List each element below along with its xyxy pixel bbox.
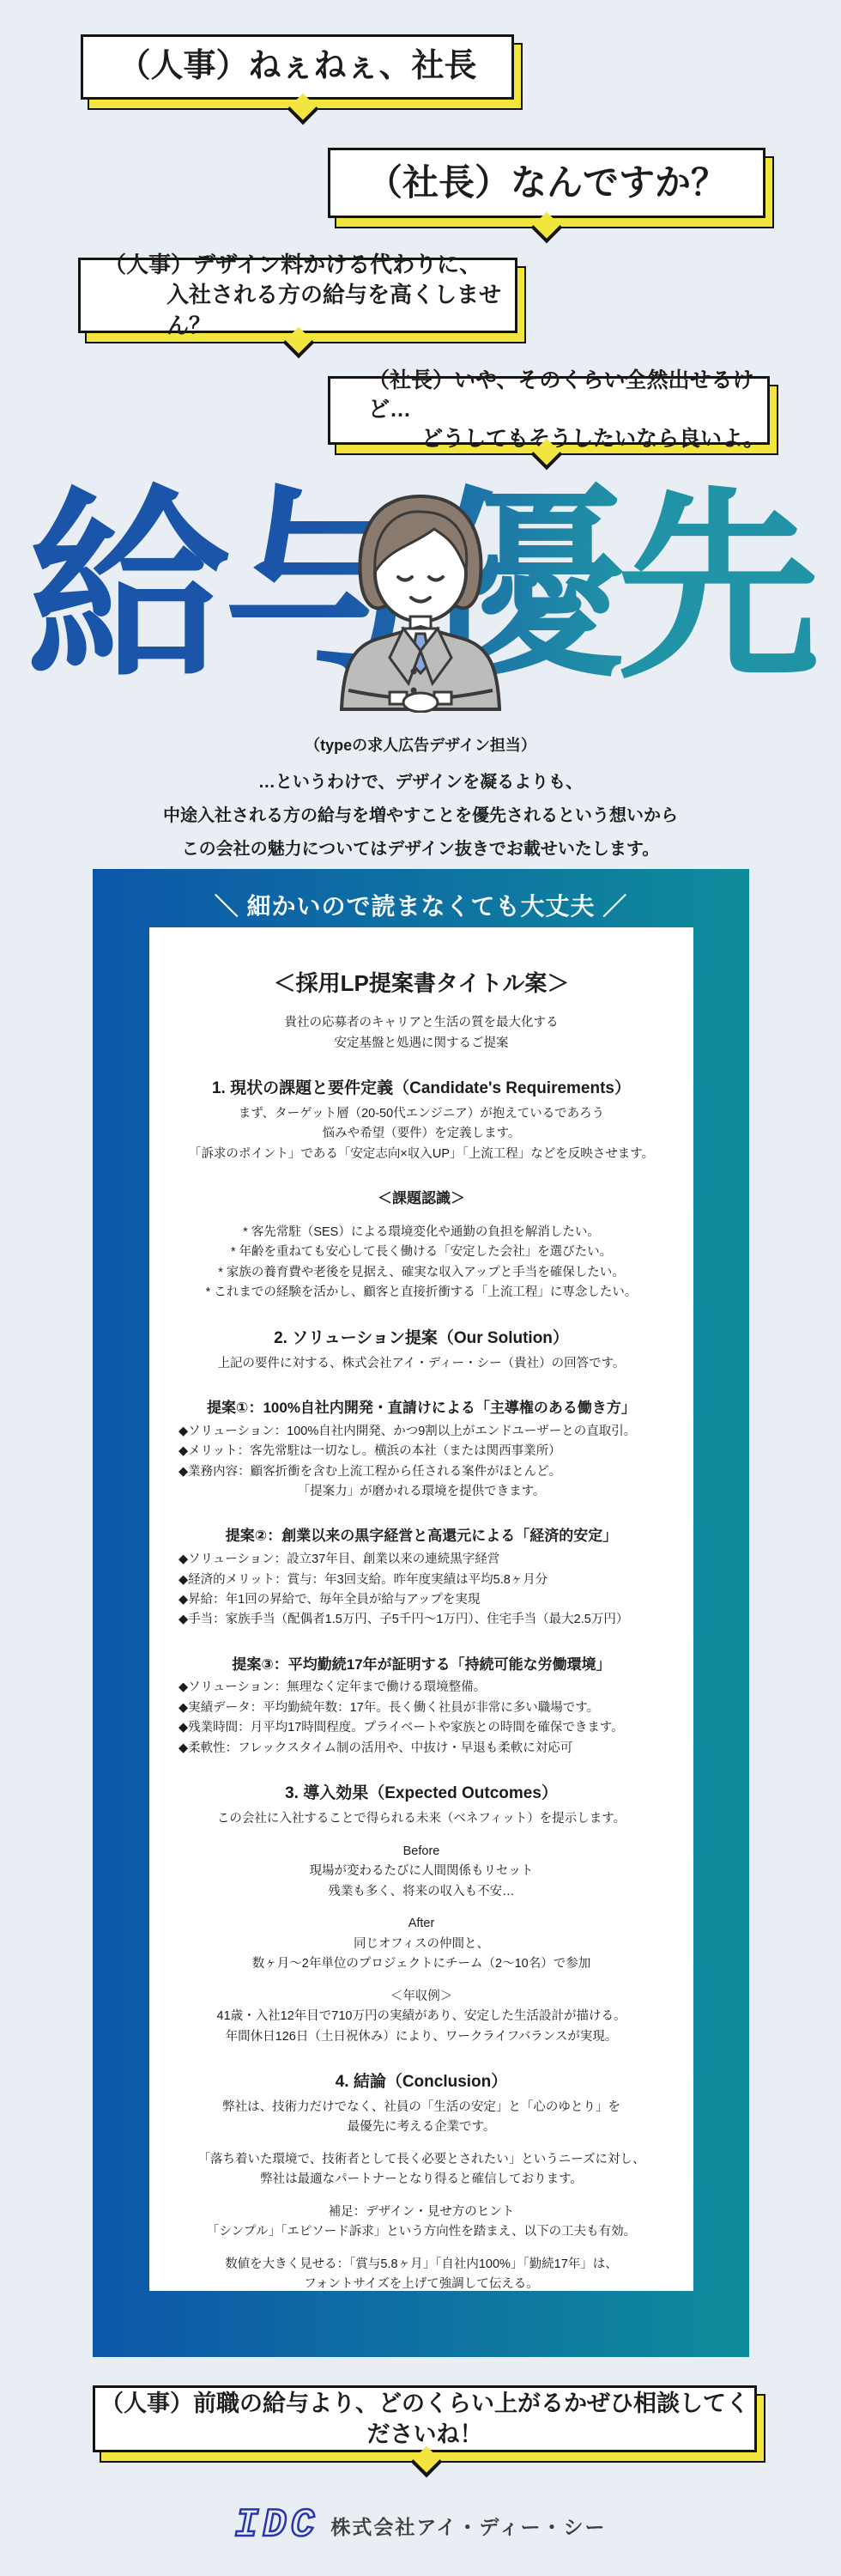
doc-block: 提案①：100%自社内開発・直請けによる「主導権のある働き方」 bbox=[172, 1396, 671, 1420]
doc-line: まず、ターゲット層（20-50代エンジニア）が抱えているであろう bbox=[172, 1104, 671, 1124]
speech-bubble-hr-closing: （人事）前職の給与より、どのくらい上がるかぜひ相談してくださいね！ bbox=[93, 2385, 757, 2452]
document-body: 貴社の応募者のキャリアと生活の質を最大化する安定基盤と処遇に関するご提案1. 現… bbox=[172, 1013, 671, 2291]
doc-line: 年間休日126日（土日祝休み）により、ワークライフバランスが実現。 bbox=[172, 2027, 671, 2047]
doc-block: 「提案力」が磨かれる環境を提供できます。 bbox=[172, 1482, 671, 1502]
doc-line: 安定基盤と処遇に関するご提案 bbox=[172, 1034, 671, 1054]
page-canvas: （人事）ねぇねぇ、社長 （社長）なんですか？ （人事）デザイン料かける代わりに、… bbox=[0, 0, 841, 2576]
doc-block: 1. 現状の課題と要件定義（Candidate's Requirements） bbox=[172, 1076, 671, 1103]
doc-line: ◆手当：家族手当（配偶者1.5万円、子5千円～1万円）、住宅手当（最大2.5万円… bbox=[178, 1610, 671, 1630]
company-name: 株式会社アイ・ディー・シー bbox=[330, 2512, 606, 2540]
doc-block: * 客先常駐（SES）による環境変化や通勤の負担を解消したい。* 年齢を重ねても… bbox=[172, 1223, 671, 1303]
doc-line: 数ヶ月～2年単位のプロジェクトにチーム（2～10名）で参加 bbox=[172, 1954, 671, 1974]
doc-block: Before現場が変わるたびに人間関係もリセット残業も多く、将来の収入も不安… bbox=[172, 1842, 671, 1902]
caption-designer-credit: （typeの求人広告デザイン担当） bbox=[0, 733, 841, 756]
doc-line: ◆柔軟性：フレックスタイム制の活用や、中抜け・早退も柔軟に対応可 bbox=[178, 1739, 671, 1759]
doc-line: ＜年収例＞ bbox=[172, 1987, 671, 2007]
doc-line: ◆昇給：年1回の昇給で、毎年全員が給与アップを実現 bbox=[178, 1590, 671, 1610]
bubble-text: （人事）前職の給与より、どのくらい上がるかぜひ相談してくださいね！ bbox=[95, 2388, 754, 2451]
proposal-document-card: ＜採用LP提案書タイトル案＞ 貴社の応募者のキャリアと生活の質を最大化する安定基… bbox=[149, 927, 693, 2291]
bubble-tail bbox=[411, 2446, 443, 2478]
doc-line: 貴社の応募者のキャリアと生活の質を最大化する bbox=[172, 1013, 671, 1033]
doc-line: ◆メリット：客先常駐は一切なし。横浜の本社（または関西事業所） bbox=[178, 1442, 671, 1461]
doc-line: 同じオフィスの仲間と、 bbox=[172, 1935, 671, 1954]
doc-block: 4. 結論（Conclusion） bbox=[172, 2069, 671, 2096]
bubble-tail bbox=[531, 212, 563, 244]
speech-bubble-hr-1: （人事）ねぇねぇ、社長 bbox=[81, 34, 514, 100]
doc-line: 「訴求のポイント」である「安定志向×収入UP」「上流工程」などを反映させます。 bbox=[172, 1145, 671, 1164]
proposal-panel: ＼ 細かいので読まなくても大丈夫 ／ ＜採用LP提案書タイトル案＞ 貴社の応募者… bbox=[93, 869, 749, 2357]
caption-line: 中途入社される方の給与を増やすことを優先されるという想いから bbox=[0, 799, 841, 833]
bubble-text-line1: （社長）いや、そのくらい全然出せるけど… bbox=[330, 367, 767, 425]
doc-line: ◆実績データ：平均勤続年数：17年。長く働く社員が非常に多い職場です。 bbox=[178, 1698, 671, 1718]
doc-block: 数値を大きく見せる：「賞与5.8ヶ月」「自社内100%」「勤続17年」は、フォン… bbox=[172, 2255, 671, 2291]
doc-line: フォントサイズを上げて強調して伝える。 bbox=[172, 2275, 671, 2291]
doc-block: ◆ソリューション：100%自社内開発、かつ9割以上がエンドユーザーとの直取引。◆… bbox=[172, 1422, 671, 1482]
doc-block: After同じオフィスの仲間と、数ヶ月～2年単位のプロジェクトにチーム（2～10… bbox=[172, 1914, 671, 1974]
doc-line: 「シンプル」「エピソード訴求」という方向性を踏まえ、以下の工夫も有効。 bbox=[172, 2222, 671, 2242]
doc-line: 最優先に考える企業です。 bbox=[172, 2117, 671, 2137]
doc-block: 貴社の応募者のキャリアと生活の質を最大化する安定基盤と処遇に関するご提案 bbox=[172, 1013, 671, 1054]
speech-bubble-president-2: （社長）いや、そのくらい全然出せるけど… どうしてもそうしたいなら良いよ。 bbox=[328, 376, 770, 445]
bubble-text-line1: （人事）デザイン料かける代わりに、 bbox=[81, 250, 515, 280]
doc-line: * 家族の養育費や老後を見据え、確実な収入アップと手当を確保したい。 bbox=[172, 1263, 671, 1283]
doc-block: 上記の要件に対する、株式会社アイ・ディー・シー（貴社）の回答です。 bbox=[172, 1354, 671, 1374]
doc-line: 弊社は最適なパートナーとなり得ると確信しております。 bbox=[172, 2170, 671, 2190]
doc-block: 「落ち着いた環境で、技術者として長く必要とされたい」というニーズに対し、弊社は最… bbox=[172, 2150, 671, 2190]
doc-line: ◆業務内容：顧客折衝を含む上流工程から任される案件がほとんど。 bbox=[178, 1462, 671, 1482]
doc-block: 提案③：平均勤続17年が証明する「持続可能な労働環境」 bbox=[172, 1653, 671, 1677]
doc-block: 弊社は、技術力だけでなく、社員の「生活の安定」と「心のゆとり」を最優先に考える企… bbox=[172, 2098, 671, 2138]
doc-block: まず、ターゲット層（20-50代エンジニア）が抱えているであろう悩みや希望（要件… bbox=[172, 1104, 671, 1164]
caption-line: …というわけで、デザインを凝るよりも、 bbox=[0, 766, 841, 799]
doc-line: 悩みや希望（要件）を定義します。 bbox=[172, 1124, 671, 1144]
doc-block: 補足：デザイン・見せ方のヒント「シンプル」「エピソード訴求」という方向性を踏まえ… bbox=[172, 2202, 671, 2243]
doc-line: ◆経済的メリット：賞与：年3回支給。昨年度実績は平均5.8ヶ月分 bbox=[178, 1571, 671, 1590]
doc-line: 上記の要件に対する、株式会社アイ・ディー・シー（貴社）の回答です。 bbox=[172, 1354, 671, 1374]
doc-line: 「落ち着いた環境で、技術者として長く必要とされたい」というニーズに対し、 bbox=[172, 2150, 671, 2170]
bubble-tail bbox=[287, 94, 319, 125]
doc-line: この会社に入社することで得られる未来（ベネフィット）を提示します。 bbox=[172, 1809, 671, 1829]
document-title: ＜採用LP提案書タイトル案＞ bbox=[172, 965, 671, 1001]
doc-line: * 客先常駐（SES）による環境変化や通勤の負担を解消したい。 bbox=[172, 1223, 671, 1242]
doc-line: Before bbox=[172, 1842, 671, 1862]
doc-line: After bbox=[172, 1914, 671, 1934]
businessman-illustration bbox=[323, 486, 518, 713]
idc-logo: IDC bbox=[235, 2503, 319, 2548]
doc-block: ◆ソリューション：設立37年目、創業以来の連続黒字経営◆経済的メリット：賞与：年… bbox=[172, 1550, 671, 1631]
doc-line: ◆残業時間：月平均17時間程度。プライベートや家族との時間を確保できます。 bbox=[178, 1718, 671, 1738]
doc-line: * 年齢を重ねても安心して長く働ける「安定した会社」を選びたい。 bbox=[172, 1242, 671, 1262]
hero-caption: （typeの求人広告デザイン担当） …というわけで、デザインを凝るよりも、 中途… bbox=[0, 733, 841, 866]
footer: IDC 株式会社アイ・ディー・シー bbox=[0, 2495, 841, 2555]
doc-line: 41歳・入社12年目で710万円の実績があり、安定した生活設計が描ける。 bbox=[172, 2007, 671, 2026]
caption-line: この会社の魅力についてはデザイン抜きでお載せいたします。 bbox=[0, 833, 841, 866]
doc-line: 「提案力」が磨かれる環境を提供できます。 bbox=[172, 1482, 671, 1502]
speech-bubble-president-1: （社長）なんですか？ bbox=[328, 148, 765, 218]
doc-line: * これまでの経験を活かし、顧客と直接折衝する「上流工程」に専念したい。 bbox=[172, 1283, 671, 1303]
doc-block: 2. ソリューション提案（Our Solution） bbox=[172, 1326, 671, 1352]
doc-line: ◆ソリューション：100%自社内開発、かつ9割以上がエンドユーザーとの直取引。 bbox=[178, 1422, 671, 1442]
doc-line: ◆ソリューション：設立37年目、創業以来の連続黒字経営 bbox=[178, 1550, 671, 1570]
doc-block: ＜年収例＞41歳・入社12年目で710万円の実績があり、安定した生活設計が描ける… bbox=[172, 1987, 671, 2047]
doc-line: 現場が変わるたびに人間関係もリセット bbox=[172, 1862, 671, 1881]
doc-line: 補足：デザイン・見せ方のヒント bbox=[172, 2202, 671, 2222]
doc-line: 弊社は、技術力だけでなく、社員の「生活の安定」と「心のゆとり」を bbox=[172, 2098, 671, 2117]
speech-bubble-hr-2: （人事）デザイン料かける代わりに、 入社される方の給与を高くしません？ bbox=[78, 258, 517, 333]
doc-line: 数値を大きく見せる：「賞与5.8ヶ月」「自社内100%」「勤続17年」は、 bbox=[172, 2255, 671, 2275]
panel-header-label: ＼ 細かいので読まなくても大丈夫 ／ bbox=[93, 888, 749, 922]
doc-block: ◆ソリューション：無理なく定年まで働ける環境整備。◆実績データ：平均勤続年数：1… bbox=[172, 1678, 671, 1759]
doc-block: この会社に入社することで得られる未来（ベネフィット）を提示します。 bbox=[172, 1809, 671, 1829]
doc-block: 提案②：創業以来の黒字経営と高還元による「経済的安定」 bbox=[172, 1524, 671, 1548]
doc-block: ＜課題認識＞ bbox=[172, 1187, 671, 1211]
doc-block: 3. 導入効果（Expected Outcomes） bbox=[172, 1781, 671, 1807]
doc-line: 残業も多く、将来の収入も不安… bbox=[172, 1882, 671, 1902]
bubble-text: （人事）ねぇねぇ、社長 bbox=[83, 45, 511, 88]
doc-line: ◆ソリューション：無理なく定年まで働ける環境整備。 bbox=[178, 1678, 671, 1698]
bubble-text: （社長）なんですか？ bbox=[330, 159, 763, 208]
